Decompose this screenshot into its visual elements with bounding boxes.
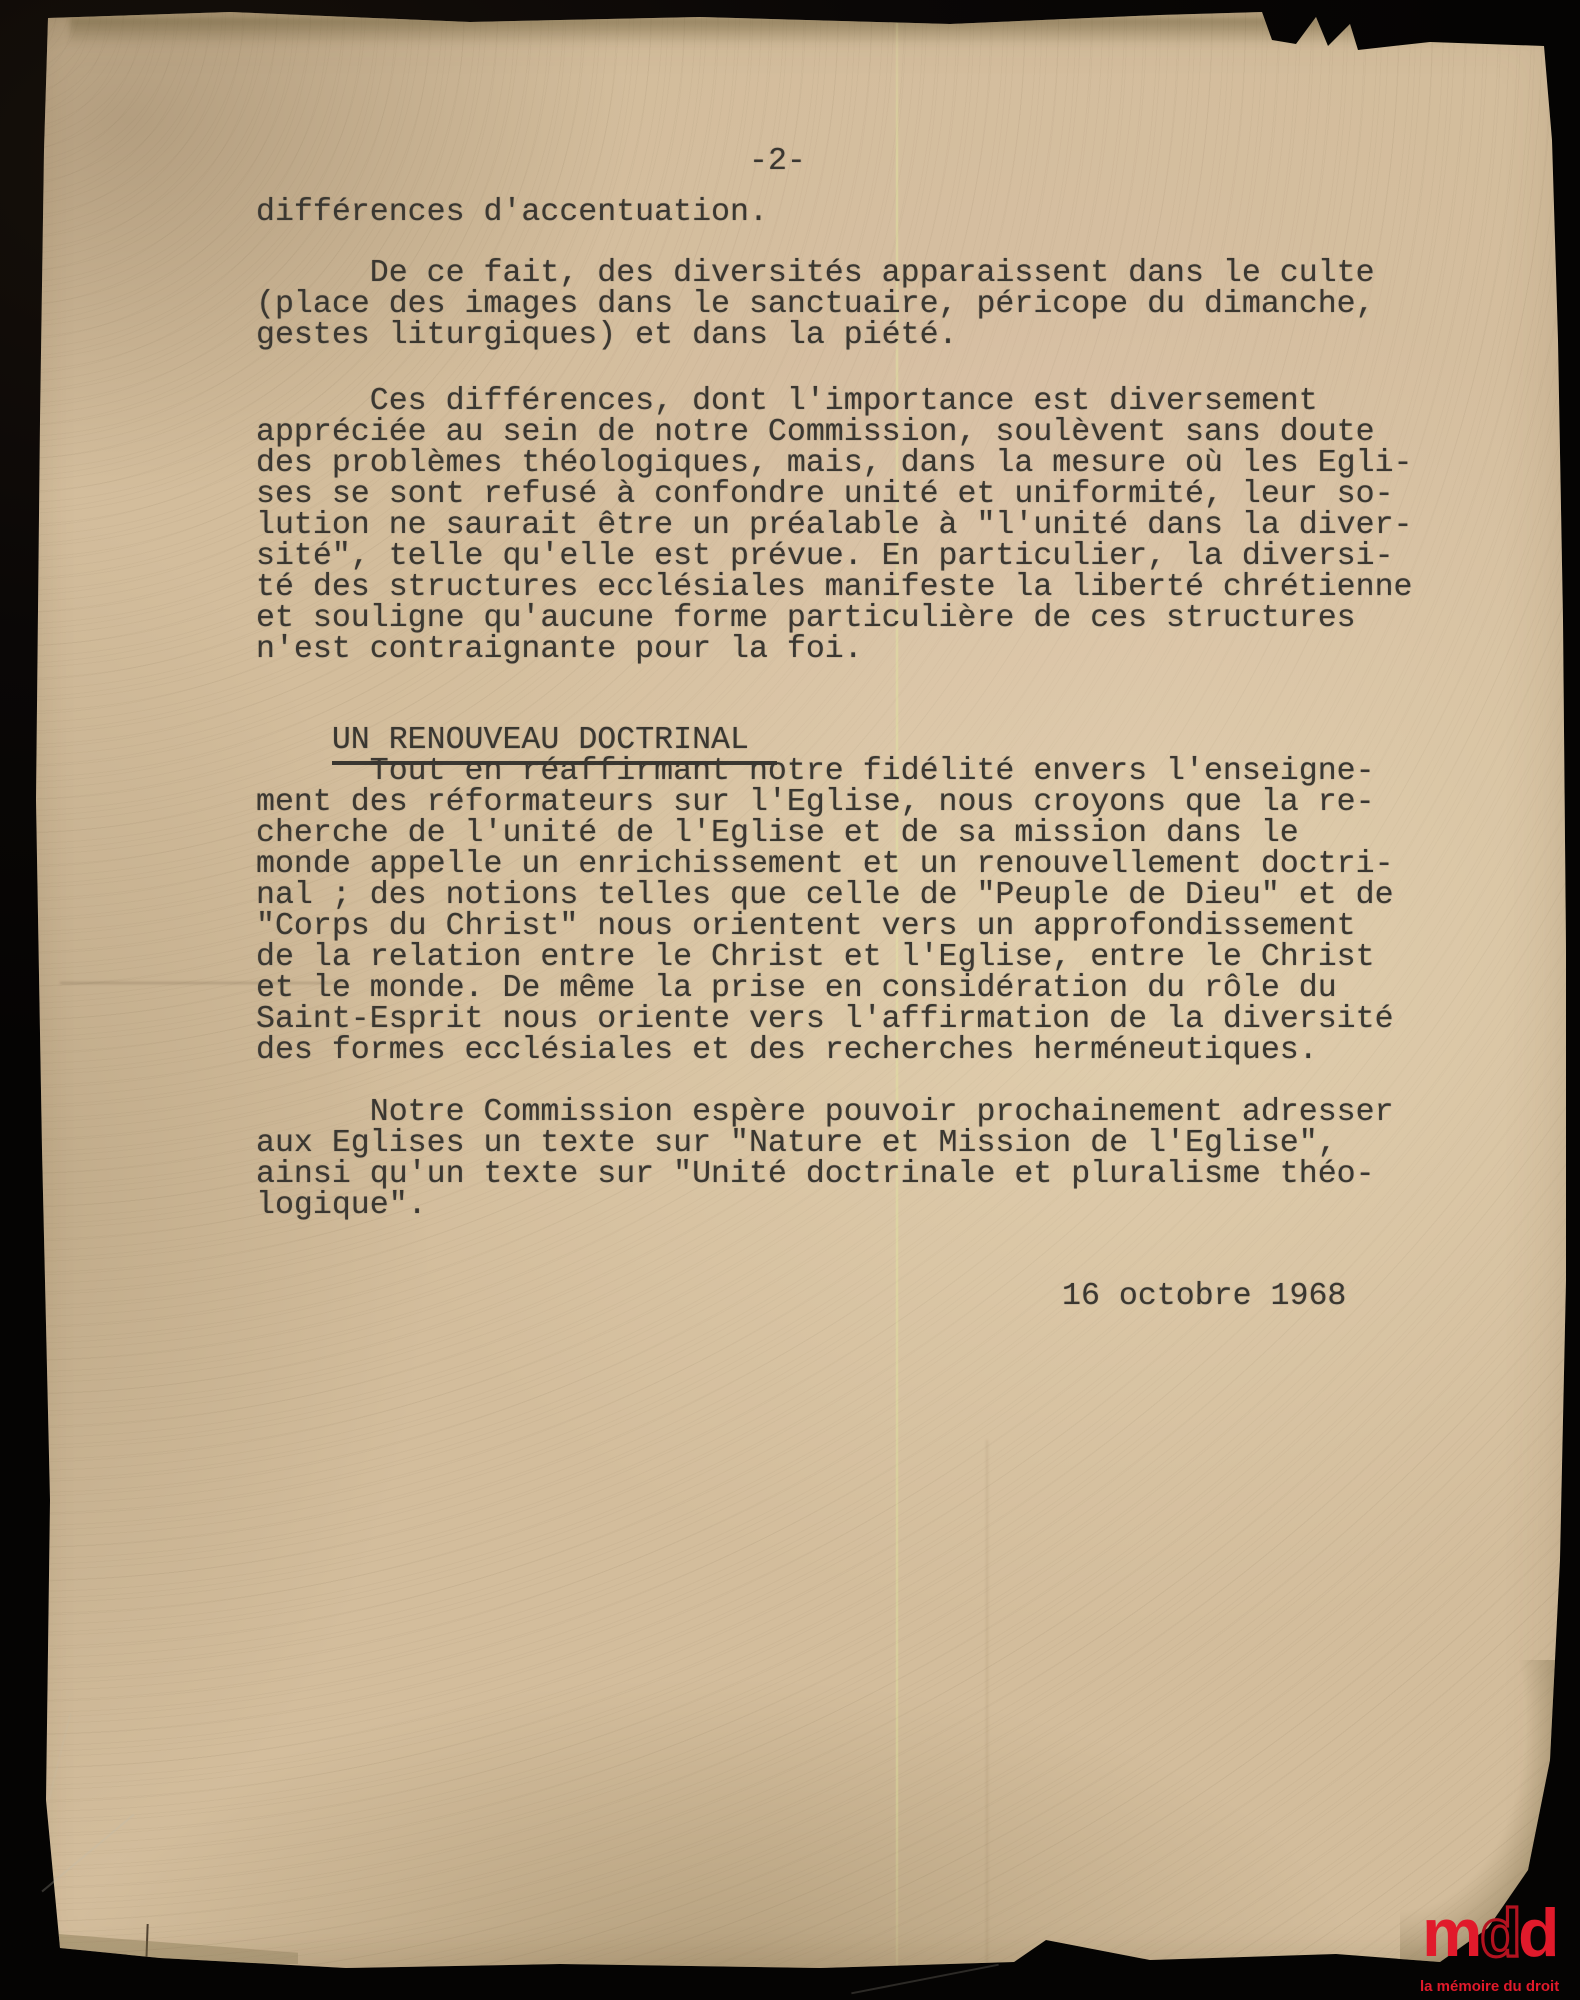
vertical-crease [986,1440,988,2000]
logo-letter-m: m [1422,1895,1482,1971]
paragraph-notre-commission: Notre Commission espère pouvoir prochain… [256,1097,1394,1221]
paragraph-diversites-culte: De ce fait, des diversités apparaissent … [256,258,1375,351]
paragraph-continuation: différences d'accentuation. [256,197,768,228]
date-line: 16 octobre 1968 [1062,1281,1346,1312]
scan-scratch [851,1964,999,1995]
paragraph-ces-differences: Ces différences, dont l'importance est d… [256,386,1413,665]
top-edge-shadow [70,18,1440,44]
logo-tagline: la mémoire du droit [1420,1978,1559,1995]
page-number: -2- [749,146,806,177]
paragraph-renouveau-doctrinal: Tout en réaffirmant notre fidélité enver… [256,756,1394,1066]
logo-letter-d-outline: d [1480,1895,1522,1971]
mdd-watermark-logo: m d d la mémoire du droit [1406,1874,1580,2000]
bottom-left-fold-shadow [48,1908,298,1964]
scan-background: -2- différences d'accentuation. De ce fa… [0,0,1580,2000]
logo-letter-d-solid: d [1518,1895,1560,1971]
